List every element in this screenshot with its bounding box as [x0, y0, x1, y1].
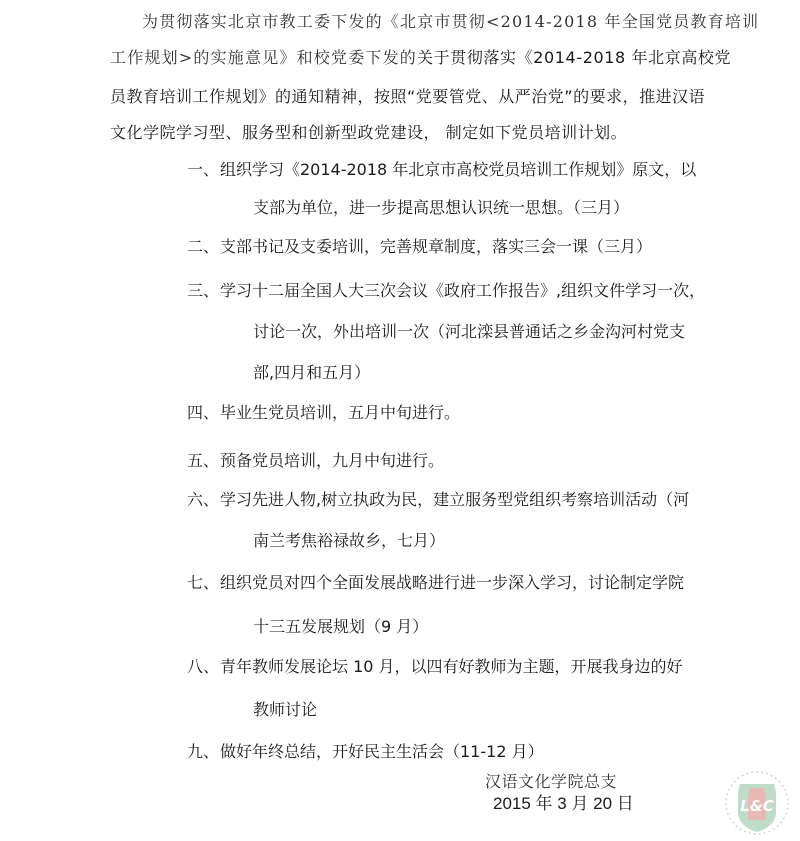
- signature-date: 2015 年 3 月 20 日: [493, 794, 634, 814]
- item-4-line-1: 毕业生党员培训，五月中旬进行。: [220, 403, 460, 423]
- item-6-line-1: 学习先进人物,树立执政为民，建立服务型党组织考察培训活动（河: [220, 490, 689, 510]
- item-5-numeral: 五、: [187, 451, 219, 471]
- item-5-line-1: 预备党员培训，九月中旬进行。: [220, 451, 444, 471]
- item-7-line-2: 十三五发展规划（9 月）: [253, 617, 428, 637]
- item-7-numeral: 七、: [187, 573, 219, 593]
- item-6-numeral: 六、: [187, 490, 219, 510]
- intro-line-3: 员教育培训工作规划》的通知精神，按照“党要管党、从严治党”的要求，推进汉语: [110, 87, 705, 107]
- school-seal-logo: L&C: [722, 770, 792, 836]
- signature-org: 汉语文化学院总支: [485, 772, 617, 792]
- item-3-line-2: 讨论一次，外出培训一次（河北滦县普通话之乡金沟河村党支: [253, 322, 685, 342]
- item-9-line-1: 做好年终总结，开好民主生活会（11-12 月）: [220, 742, 544, 762]
- item-2-line-1: 支部书记及支委培训，完善规章制度，落实三会一课（三月）: [220, 237, 652, 257]
- intro-line-4: 文化学院学习型、服务型和创新型政党建设， 制定如下党员培训计划。: [110, 123, 627, 143]
- item-4-numeral: 四、: [187, 403, 219, 423]
- item-1-numeral: 一、: [187, 160, 219, 180]
- intro-line-2-part-a: 工作规划>的实施意见》和校党委下发的: [110, 48, 417, 67]
- item-2-numeral: 二、: [187, 237, 219, 257]
- item-7-line-1: 组织党员对四个全面发展战略进行进一步深入学习，讨论制定学院: [220, 573, 684, 593]
- item-3-line-1: 学习十二届全国人大三次会议《政府工作报告》,组织文件学习一次，: [220, 281, 705, 301]
- item-1-line-1: 组织学习《2014-2018 年北京市高校党员培训工作规划》原文，以: [220, 160, 696, 180]
- intro-line-2-part-b: 关于贯彻落实《2014-2018 年北京高校党: [417, 48, 731, 67]
- item-8-numeral: 八、: [187, 657, 219, 677]
- item-8-line-2: 教师讨论: [253, 700, 317, 720]
- intro-line-2: 工作规划>的实施意见》和校党委下发的关于贯彻落实《2014-2018 年北京高校…: [110, 48, 731, 68]
- item-6-line-2: 南兰考焦裕禄故乡，七月）: [253, 531, 445, 551]
- item-9-numeral: 九、: [187, 742, 219, 762]
- item-3-numeral: 三、: [187, 281, 219, 301]
- svg-text:L&C: L&C: [740, 797, 774, 815]
- item-3-line-3: 部,四月和五月）: [253, 363, 370, 383]
- shield-icon: L&C: [722, 770, 792, 836]
- item-1-line-2: 支部为单位，进一步提高思想认识统一思想。（三月）: [253, 198, 629, 218]
- intro-line-1: 为贯彻落实北京市教工委下发的《北京市贯彻<2014-2018 年全国党员教育培训: [142, 12, 759, 32]
- item-8-line-1: 青年教师发展论坛 10 月，以四有好教师为主题，开展我身边的好: [220, 657, 683, 677]
